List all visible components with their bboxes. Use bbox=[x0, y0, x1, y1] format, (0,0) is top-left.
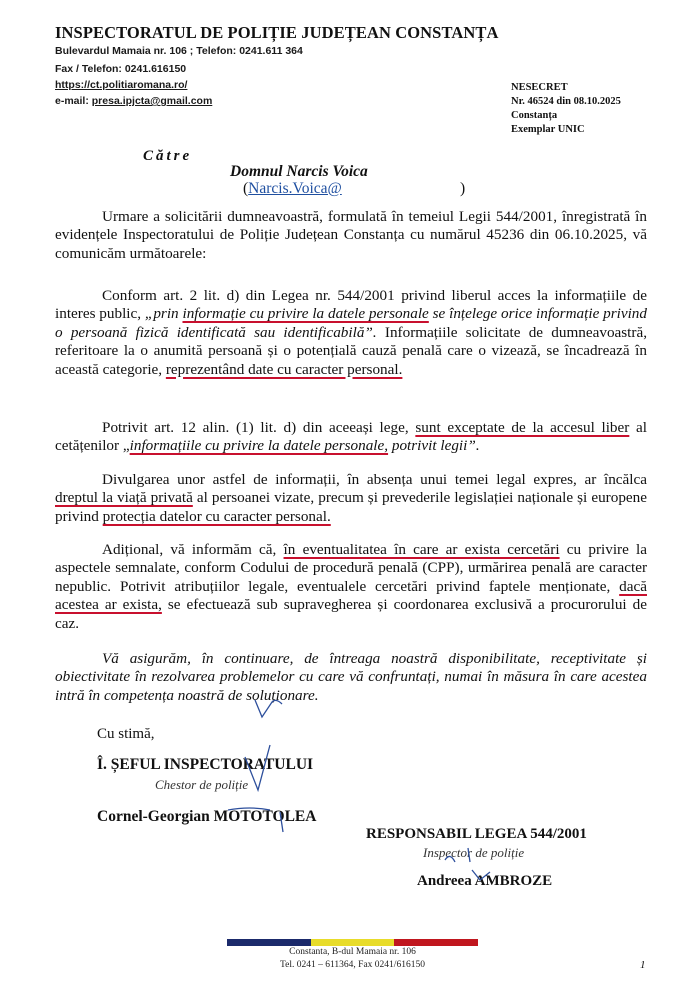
registration-number: Nr. 46524 din 08.10.2025 bbox=[511, 96, 621, 107]
recipient-name: Domnul Narcis Voica bbox=[230, 163, 368, 181]
page-number: 1 bbox=[640, 959, 646, 971]
classification-label: NESECRET bbox=[511, 82, 568, 93]
footer-address: Constanta, B-dul Mamaia nr. 106 bbox=[227, 947, 478, 957]
signatory-1-rank: Chestor de poliție bbox=[155, 777, 248, 793]
tricolor-flag-bar bbox=[227, 939, 478, 946]
paragraph-privacy: Divulgarea unor astfel de informații, în… bbox=[55, 471, 647, 526]
quote-start: „prin bbox=[145, 305, 183, 322]
signatory-2-title: RESPONSABIL LEGEA 544/2001 bbox=[366, 826, 587, 843]
paren-close: ) bbox=[460, 180, 465, 198]
institution-address: Bulevardul Mamaia nr. 106 ; Telefon: 024… bbox=[55, 45, 303, 57]
institution-email-link[interactable]: presa.ipjcta@gmail.com bbox=[92, 95, 213, 107]
footer-phones: Tel. 0241 – 611364, Fax 0241/616150 bbox=[227, 960, 478, 970]
paragraph-text: Vă asigurăm, în continuare, de întreaga … bbox=[55, 650, 647, 704]
closing-salutation: Cu stimă, bbox=[97, 726, 155, 743]
flag-band-red bbox=[394, 939, 478, 946]
paragraph-text: Urmare a solicitării dumneavoastră, form… bbox=[55, 208, 647, 262]
highlight-underline: reprezentând date cu caracter personal. bbox=[166, 361, 403, 378]
signatory-2-name: Andreea AMBROZE bbox=[417, 873, 552, 890]
recipient-email-link[interactable]: Narcis.Voica@ bbox=[248, 180, 342, 197]
recipient-email: (Narcis.Voica@ bbox=[243, 180, 342, 198]
institution-email: e-mail: presa.ipjcta@gmail.com bbox=[55, 95, 212, 107]
paragraph-legal-definition: Conform art. 2 lit. d) din Legea nr. 544… bbox=[55, 287, 647, 379]
document-city: Constanța bbox=[511, 110, 557, 121]
signatory-1-name: Cornel-Georgian MOTOTOLEA bbox=[97, 808, 316, 826]
flag-band-yellow bbox=[311, 939, 395, 946]
institution-website-link[interactable]: https://ct.politiaromana.ro/ bbox=[55, 79, 187, 91]
highlight-underline: în eventualitatea în care ar exista cerc… bbox=[284, 541, 560, 558]
quote-end: potrivit legii”. bbox=[388, 437, 480, 454]
institution-fax: Fax / Telefon: 0241.616150 bbox=[55, 63, 186, 75]
signatory-1-title: Î. ȘEFUL INSPECTORATULUI bbox=[97, 756, 313, 774]
to-label: Către bbox=[143, 148, 192, 165]
text-segment: Potrivit art. 12 alin. (1) lit. d) din a… bbox=[102, 419, 415, 436]
flag-band-blue bbox=[227, 939, 311, 946]
paragraph-investigation: Adițional, vă informăm că, în eventualit… bbox=[55, 541, 647, 633]
paragraph-assurance: Vă asigurăm, în continuare, de întreaga … bbox=[55, 650, 647, 705]
highlight-underline: protecția datelor cu caracter personal. bbox=[103, 508, 331, 525]
highlight-underline: sunt exceptate de la accesul liber bbox=[415, 419, 629, 436]
highlight-underline: informațiile cu privire la datele person… bbox=[130, 437, 388, 454]
highlight-underline: dreptul la viață privată bbox=[55, 489, 193, 506]
signatory-2-rank: Inspector de poliție bbox=[423, 845, 524, 861]
paragraph-exception: Potrivit art. 12 alin. (1) lit. d) din a… bbox=[55, 419, 647, 456]
institution-name: INSPECTORATUL DE POLIȚIE JUDEȚEAN CONSTA… bbox=[55, 23, 498, 43]
email-label: e-mail: bbox=[55, 95, 92, 107]
text-segment: Divulgarea unor astfel de informații, în… bbox=[102, 471, 647, 488]
copy-note: Exemplar UNIC bbox=[511, 124, 585, 135]
text-segment: Adițional, vă informăm că, bbox=[102, 541, 284, 558]
highlight-underline: informație cu privire la datele personal… bbox=[182, 305, 428, 322]
paragraph-intro: Urmare a solicitării dumneavoastră, form… bbox=[55, 208, 647, 263]
